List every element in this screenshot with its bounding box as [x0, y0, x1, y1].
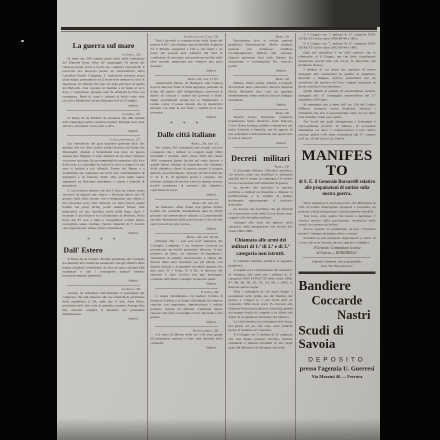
article-paragraph: La visita medica dei richiamati avrà luo… — [229, 320, 293, 333]
article-paragraph: Il Times ha da Madrid: Si annunzia che 4… — [63, 116, 145, 129]
article-divider — [155, 326, 218, 327]
dateline: Lisbona, 26. — [63, 287, 142, 291]
signature: Stefani. — [63, 104, 139, 108]
column-2: Santiago del Cile, 26.Tutti i giornali s… — [147, 33, 225, 440]
signature: Stefani. — [229, 141, 287, 145]
column-1-content: La guerra sul mareLondra, 26.Si teme che… — [60, 42, 147, 321]
article-paragraph: Si teme che 200 uomini siano periti nell… — [63, 57, 145, 103]
manifesto-title: MANIFESTO — [299, 148, 376, 178]
article-paragraph: Arriaga ha informato ufficialmente il pr… — [63, 291, 145, 316]
column-3: Roma 26Popolazione fece ai soldati parte… — [225, 33, 295, 440]
signature: Stefani. — [151, 282, 217, 286]
article-divider — [67, 135, 140, 136]
ad-line-scudi-di-savoia: Scudi di Savoia — [299, 324, 376, 351]
ad-line-nastri: Nastri — [299, 309, 371, 322]
dateline: Londra, 26. — [63, 112, 142, 116]
dateline: Santiago del Cile, 26. — [151, 35, 220, 39]
dateline: Roma 26 — [229, 35, 290, 39]
article-paragraph: (Qui nel manifesto è un altro periodo ch… — [299, 51, 376, 68]
article-paragraph: Faccio appello al patriottismo di tutti … — [299, 228, 376, 236]
article-paragraph: Quelli muniti di patente di automobilist… — [299, 90, 376, 103]
signature: Stefani. — [63, 129, 139, 133]
dateline: Roma, 26 — [229, 165, 290, 169]
section-heading-dalle-citta-italiane: Dalle città italiane — [151, 131, 223, 140]
article-paragraph: il 3 Giugno ore 7, militari di 3.ª categ… — [299, 33, 376, 41]
article-paragraph: Prenderò le più energiche disposizioni a… — [299, 237, 376, 245]
manifesto-signature: Il Generale Comandante la zona — [299, 246, 376, 250]
article-paragraph: Col treno di Milano delle ore 5.40 sono … — [151, 333, 223, 346]
dateline: Londra, 26. — [63, 53, 142, 57]
article-divider — [67, 285, 140, 286]
manifesto-signature: di Guerra — BORSARELLI. — [299, 251, 376, 255]
article-divider — [155, 199, 218, 200]
imprint-editor: Umberto Guerresi, edit. responsabile. — [299, 260, 376, 264]
article-paragraph: A seguito ed a complemento del manifesto… — [229, 269, 293, 290]
article-paragraph: I militari di cui sopra che aspirano di … — [299, 68, 376, 89]
masthead-rule — [61, 27, 377, 30]
column-4-content: il 3 Giugno ore 7, militari di 3.ª categ… — [296, 33, 378, 379]
section-heading-guerra-sul-mare: La guerra sul mare — [63, 42, 145, 51]
dateline: Alessandria, 26. — [151, 329, 220, 333]
imprint-printer: Stab. Tip. Bresciani Soc. — [299, 265, 376, 269]
dateline: Costantinopoli, 27. — [63, 138, 142, 142]
column-2-content: Santiago del Cile, 26.Tutti i giornali s… — [148, 35, 225, 350]
article-paragraph: Un comunicato del gran quartiere general… — [63, 142, 145, 188]
article-paragraph: Il comando militare pubblica il seguente… — [229, 260, 293, 268]
article-divider — [155, 288, 218, 289]
ad-line-deposito: DEPOSITO — [299, 355, 376, 363]
ad-divider — [299, 272, 376, 275]
article-divider — [303, 144, 371, 145]
dateline: Faenza, 26. — [151, 291, 220, 295]
article-paragraph: Devo lamentare il pericoloso fatto del d… — [299, 201, 376, 214]
section-heading-decreti-militari: Decreti militari — [229, 153, 293, 163]
article-divider — [155, 75, 218, 76]
signature: Stefani. — [151, 320, 217, 324]
dateline: Roma, 26, ore 15. — [151, 142, 220, 146]
article-paragraph: L' incrociatore nemico che ieri l' altro… — [63, 189, 145, 231]
ad-line-agenzia: presso l'agenzia U. Guerresi — [299, 365, 376, 373]
signature: Stefani. — [63, 279, 139, 283]
article-paragraph: Stasera Teatro Nazionale rendevasi benef… — [229, 116, 293, 141]
column-layout: La guerra sul mareLondra, 26.Si teme che… — [60, 33, 378, 440]
dateline: Roma 26, ore 17.35. — [151, 77, 220, 81]
article-paragraph: Tutti i giornali si compiacciono della f… — [151, 39, 223, 68]
scan-artifact-dot — [21, 40, 24, 42]
article-paragraph: Amsterdam. Hanno da Budapest: alla Camer… — [151, 81, 223, 115]
article-paragraph: Si rammenta che, a sensi dell' art. 129 … — [299, 103, 376, 120]
signature: Stefani. — [151, 227, 217, 231]
article-paragraph: Milano. Nella seduta odierna, Consiglio … — [229, 81, 293, 102]
dateline: Roma 26 — [229, 77, 290, 81]
article-paragraph: L' intera cittadinanza, col sindaco Cavi… — [151, 295, 223, 320]
article-paragraph: Il 2 Giugno ore 7, militari di 3.ª categ… — [229, 333, 293, 350]
article-paragraph: richiamo alle armi dei militari della ca… — [229, 221, 293, 234]
stars-separator: * * * — [63, 237, 145, 243]
dateline: Roma 26 — [229, 112, 290, 116]
article-paragraph: Il Times ha da Toronto: Borden president… — [63, 257, 145, 278]
article-paragraph: Tutti i richiamati di cui sopra hanno a … — [229, 290, 293, 319]
stars-separator: * * * — [151, 121, 223, 127]
ad-line-bandiere: Bandiere — [299, 279, 376, 293]
article-paragraph: un decreto che stabilisce che gli uffici… — [229, 208, 293, 221]
signature: Stefani. — [151, 116, 217, 120]
signature: Stefani. — [229, 69, 287, 73]
article-paragraph: il 4 Giugno ore 7, militari di 3.ª categ… — [299, 42, 376, 50]
article-divider — [155, 233, 218, 234]
section-heading-dall-estero: Dall' Estero — [64, 246, 145, 255]
article-divider — [233, 109, 288, 110]
newspaper-page: La guerra sul mareLondra, 26.Si teme che… — [57, 0, 380, 440]
signature: Stefani. — [63, 231, 139, 235]
article-divider — [67, 110, 140, 111]
scan-background: La guerra sul mareLondra, 26.Si teme che… — [0, 0, 440, 440]
article-paragraph: Nei locali nei quali alloggeranno i rich… — [299, 120, 376, 141]
article-paragraph: Il «Giornale Militare Ufficiale» pubblic… — [229, 169, 293, 186]
page-shadow-top-right — [230, 0, 380, 27]
column-1: La guerra sul mareLondra, 26.Si teme che… — [60, 33, 147, 440]
column-3-content: Roma 26Popolazione fece ai soldati parte… — [226, 35, 295, 350]
article-divider — [233, 147, 288, 148]
article-paragraph: un decreto che autorizza le autorità pol… — [229, 186, 293, 207]
article-divider — [233, 75, 288, 76]
signature: Stefani. — [63, 317, 139, 321]
signature: Stefani. — [151, 69, 217, 73]
column-4: il 3 Giugno ore 7, militari di 3.ª categ… — [295, 33, 378, 440]
dateline: Roma 26, ore 22. — [151, 201, 220, 205]
article-paragraph: Tale fatto, oltre quello che lascia a de… — [299, 215, 376, 228]
article-paragraph: Al ministero affari Esteri non giunse al… — [151, 205, 223, 226]
signature: Stefani. — [151, 346, 217, 350]
manifesto-subtitle: di S. E. il Generale Borsarelli relativo… — [299, 179, 376, 198]
dateline: Roma, 26, ore 16.30. — [151, 236, 220, 240]
article-paragraph: Popolazione fece ai soldati partenti gra… — [229, 39, 293, 68]
signature: Stefani. — [151, 193, 217, 197]
ad-line-coccarde: Coccarde — [312, 294, 376, 307]
signature: Stefani. — [229, 103, 287, 107]
ad-line-address: Via Mazzini 46 — Ferrara — [299, 374, 376, 379]
notice-heading-chiamata-alle-armi: Chiamata alle armi dei militari di 1.ª d… — [230, 237, 292, 257]
article-paragraph: Per norma dei richiamati resi portati oc… — [151, 146, 223, 192]
imprint-divider — [303, 258, 371, 259]
article-paragraph: (Perugia 26) — Ieri sera nell' adunanza … — [151, 240, 223, 282]
